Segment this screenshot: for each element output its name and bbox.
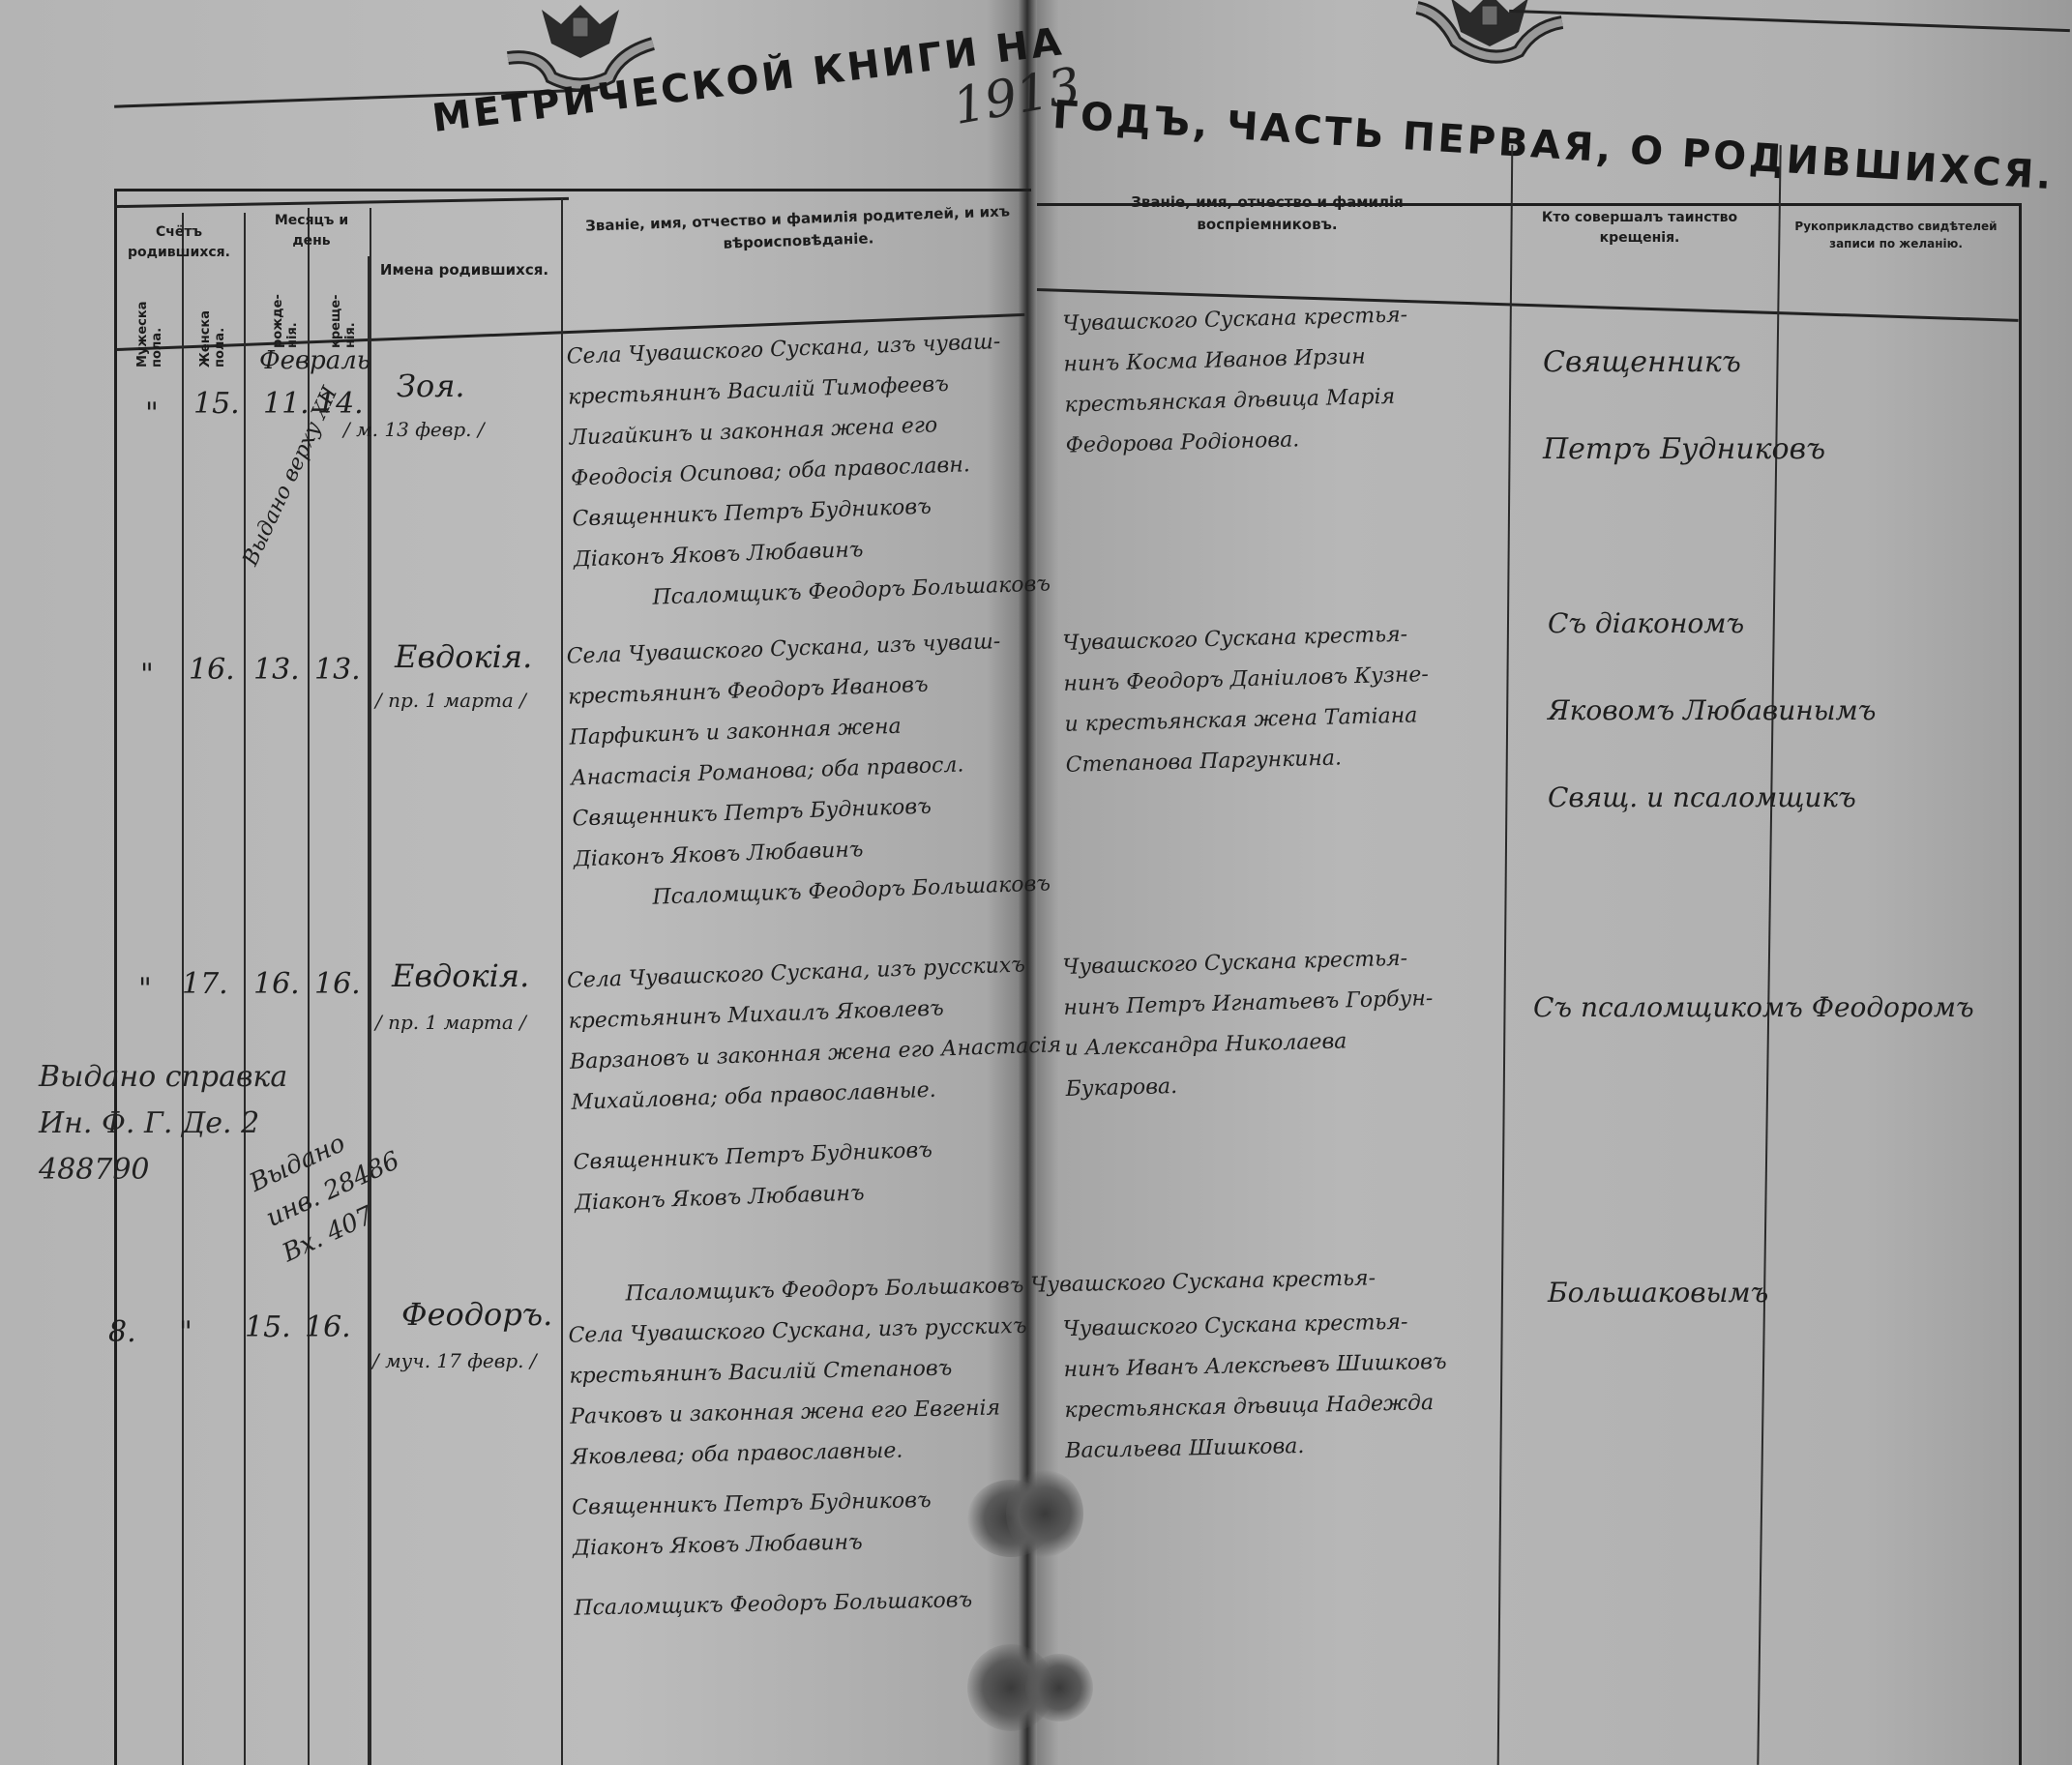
entry-parents: Села Чувашского Сускана, изъ русскихъ кр…: [566, 944, 1067, 1224]
entry-female-count: 17.: [182, 967, 228, 1001]
col-header-male: Мужеска пола.: [135, 290, 164, 368]
entry-male-count: ": [140, 658, 154, 691]
column-divider: [244, 213, 246, 1765]
entry-parents: Села Чувашского Сускана, изъ чуваш- крес…: [566, 621, 1051, 922]
entry-parents: Села Чувашского Сускана, изъ чуваш- крес…: [566, 321, 1051, 622]
entry-child-name: Феодоръ.: [401, 1296, 552, 1333]
entry-born-day: 15.: [245, 1310, 291, 1344]
entry-name-day-note: / муч. 17 февр. /: [372, 1349, 537, 1372]
entry-officiant: Священникъ Петръ Будниковъ: [1543, 319, 1825, 493]
col-header-count: Счётъ родившихся.: [126, 222, 232, 263]
entry-male-count: ": [138, 972, 152, 1006]
entry-baptized-day: 16.: [314, 967, 361, 1001]
entry-godparents: Чувашского Сускана крестья- нинъ Иванъ А…: [1062, 1302, 1449, 1472]
entry-officiant: Съ діакономъ Яковомъ Любавинымъ Свящ. и …: [1548, 580, 1876, 841]
entry-baptized-day: 16.: [305, 1310, 351, 1344]
entry-child-name: Евдокія.: [392, 957, 529, 994]
entry-month: Февраль: [259, 346, 370, 375]
entry-male-count: ": [145, 397, 159, 430]
col-header-female: Женска пола.: [198, 290, 227, 368]
entry-godparents: Чувашского Сускана крестья- нинъ Феодоръ…: [1062, 614, 1432, 786]
entry-name-day-note: / пр. 1 марта /: [375, 1011, 526, 1034]
entry-child-name: Евдокія.: [395, 638, 532, 675]
entry-godparents: Чувашского Сускана крестья- нинъ Косма И…: [1062, 295, 1411, 466]
entry-child-name: Зоя.: [397, 368, 465, 404]
column-divider: [561, 198, 563, 1765]
entry-officiant: Съ псаломщикомъ Феодоромъ: [1533, 991, 1974, 1023]
entry-female-count: ": [179, 1315, 192, 1349]
entry-female-count: 15.: [193, 387, 240, 421]
col-header-names: Имена родившихся.: [372, 259, 556, 281]
col-header-godparents: Званіе, имя, отчество и фамилія воспріем…: [1064, 191, 1470, 235]
col-header-date: Месяцъ и день: [253, 211, 370, 251]
binding-tear: [1006, 1470, 1083, 1557]
entry-baptized-day: 13.: [314, 653, 361, 687]
entry-male-count: 8.: [108, 1315, 136, 1349]
entry-godparents: Чувашского Сускана крестья- нинъ Петръ И…: [1062, 938, 1436, 1110]
entry-officiant: Большаковымъ: [1548, 1277, 1768, 1309]
col-header-baptized: креще-нія.: [329, 280, 358, 348]
entry-name-day-note: / пр. 1 марта /: [375, 689, 526, 712]
col-header-witnesses: Рукоприкладство свидѣтелей записи по жел…: [1780, 218, 2012, 252]
entry-born-day: 13.: [253, 653, 300, 687]
entry-born-day: 16.: [253, 967, 300, 1001]
col-header-officiant: Кто совершалъ таинство крещенія.: [1519, 208, 1761, 249]
entry-name-day-note: / м. 13 февр. /: [343, 418, 485, 441]
column-divider: [370, 208, 371, 1765]
entry-female-count: 16.: [189, 653, 235, 687]
entry-born-day: 11.: [263, 387, 310, 421]
col-header-born: рожде-нія.: [271, 280, 300, 348]
binding-tear: [1025, 1654, 1093, 1721]
